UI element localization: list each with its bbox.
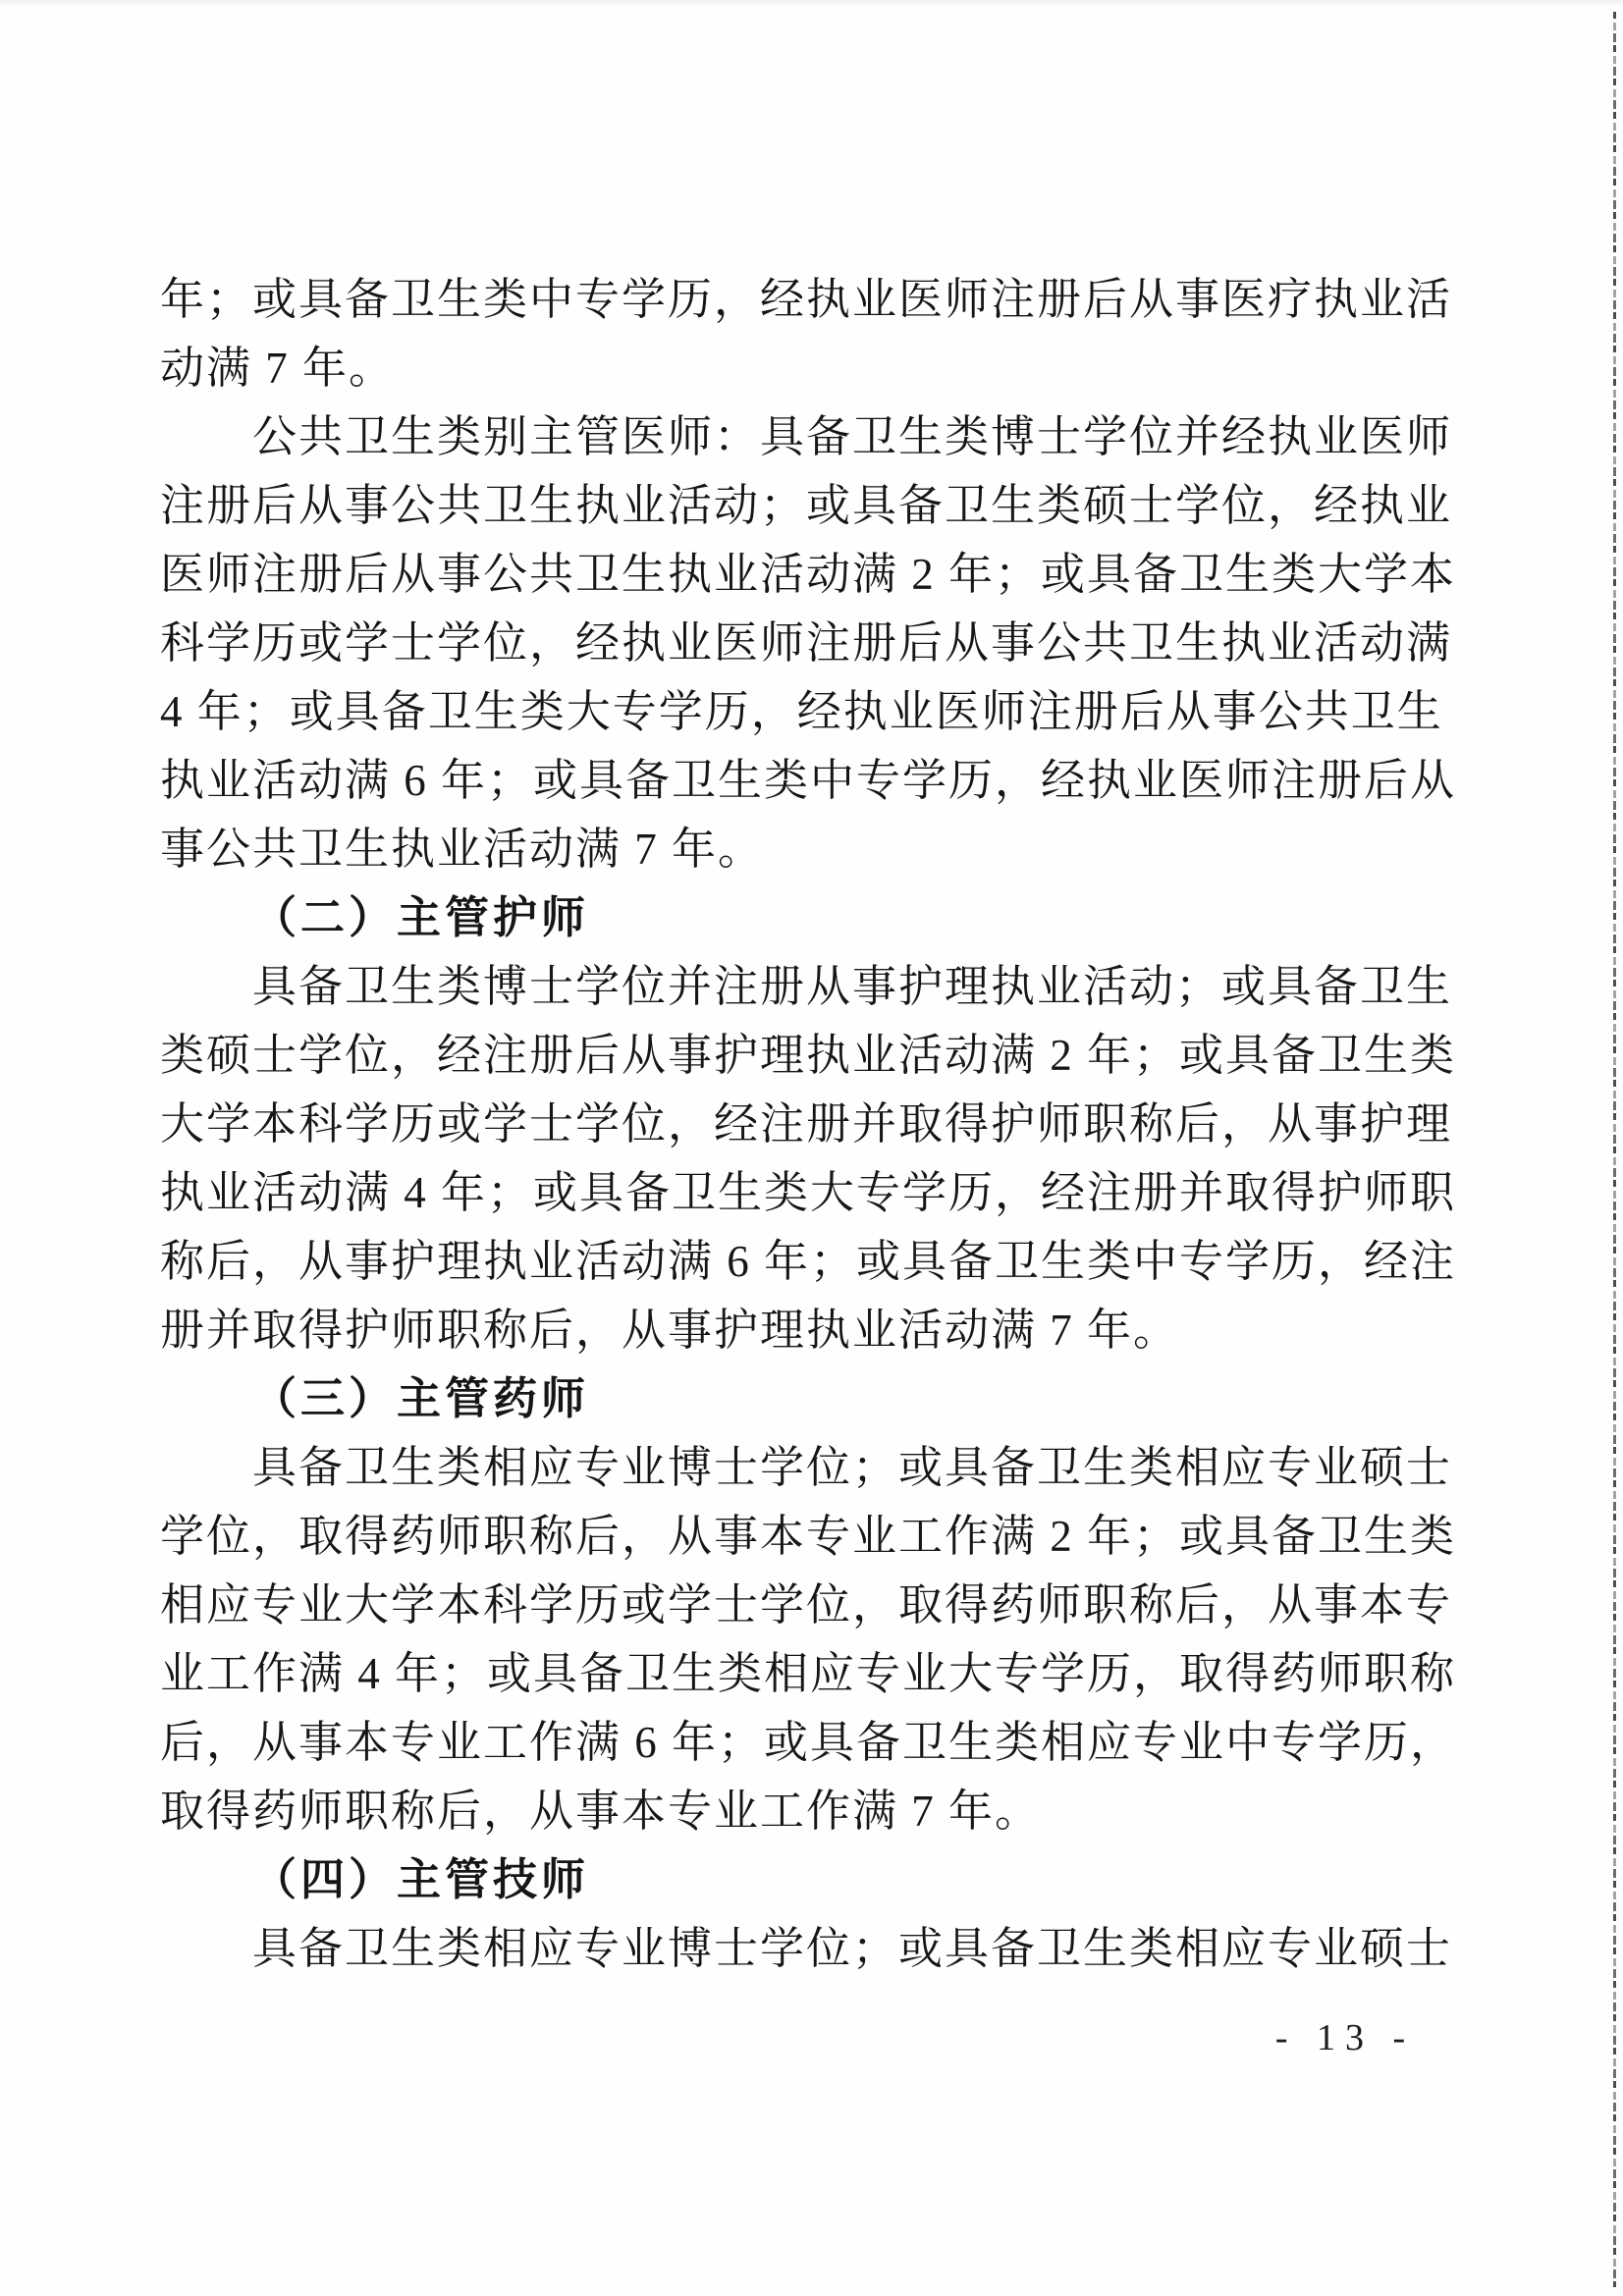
text-line: 年；或具备卫生类中专学历，经执业医师注册后从事医疗执业活 — [160, 265, 1441, 334]
text-line: 学位，取得药师职称后，从事本专业工作满 2 年；或具备卫生类 — [160, 1502, 1441, 1571]
text-line: 取得药师职称后，从事本专业工作满 7 年。 — [160, 1777, 1441, 1845]
document-body: 年；或具备卫生类中专学历，经执业医师注册后从事医疗执业活 动满 7 年。 公共卫… — [160, 265, 1441, 1983]
text-line: 相应专业大学本科学历或学士学位，取得药师职称后，从事本专 — [160, 1571, 1441, 1639]
section-heading: （二）主管护师 — [160, 883, 1441, 952]
text-line: 执业活动满 6 年；或具备卫生类中专学历，经执业医师注册后从 — [160, 746, 1441, 815]
text-line: 医师注册后从事公共卫生执业活动满 2 年；或具备卫生类大学本 — [160, 540, 1441, 609]
text-line: 后，从事本专业工作满 6 年；或具备卫生类相应专业中专学历， — [160, 1708, 1441, 1777]
section-heading: （三）主管药师 — [160, 1364, 1441, 1433]
text-line: 4 年；或具备卫生类大专学历，经执业医师注册后从事公共卫生 — [160, 677, 1441, 746]
text-line: 类硕士学位，经注册后从事护理执业活动满 2 年；或具备卫生类 — [160, 1021, 1441, 1090]
text-line: 科学历或学士学位，经执业医师注册后从事公共卫生执业活动满 — [160, 609, 1441, 677]
text-line: 大学本科学历或学士学位，经注册并取得护师职称后，从事护理 — [160, 1090, 1441, 1158]
text-line: 具备卫生类博士学位并注册从事护理执业活动；或具备卫生 — [160, 952, 1441, 1021]
scan-edge-artifact — [1613, 12, 1616, 2287]
text-line: 事公共卫生执业活动满 7 年。 — [160, 815, 1441, 883]
scanned-document-page: 年；或具备卫生类中专学历，经执业医师注册后从事医疗执业活 动满 7 年。 公共卫… — [0, 0, 1623, 2296]
section-heading: （四）主管技师 — [160, 1845, 1441, 1914]
text-line: 公共卫生类别主管医师：具备卫生类博士学位并经执业医师 — [160, 402, 1441, 471]
text-line: 业工作满 4 年；或具备卫生类相应专业大专学历，取得药师职称 — [160, 1639, 1441, 1708]
text-line: 动满 7 年。 — [160, 334, 1441, 402]
scan-noise-artifact — [0, 0, 1623, 6]
text-line: 注册后从事公共卫生执业活动；或具备卫生类硕士学位，经执业 — [160, 471, 1441, 540]
text-line: 具备卫生类相应专业博士学位；或具备卫生类相应专业硕士 — [160, 1914, 1441, 1983]
page-number: - 13 - — [1267, 2010, 1424, 2065]
text-line: 称后，从事护理执业活动满 6 年；或具备卫生类中专学历，经注 — [160, 1227, 1441, 1296]
text-line: 具备卫生类相应专业博士学位；或具备卫生类相应专业硕士 — [160, 1433, 1441, 1502]
text-line: 执业活动满 4 年；或具备卫生类大专学历，经注册并取得护师职 — [160, 1158, 1441, 1227]
text-line: 册并取得护师职称后，从事护理执业活动满 7 年。 — [160, 1296, 1441, 1364]
